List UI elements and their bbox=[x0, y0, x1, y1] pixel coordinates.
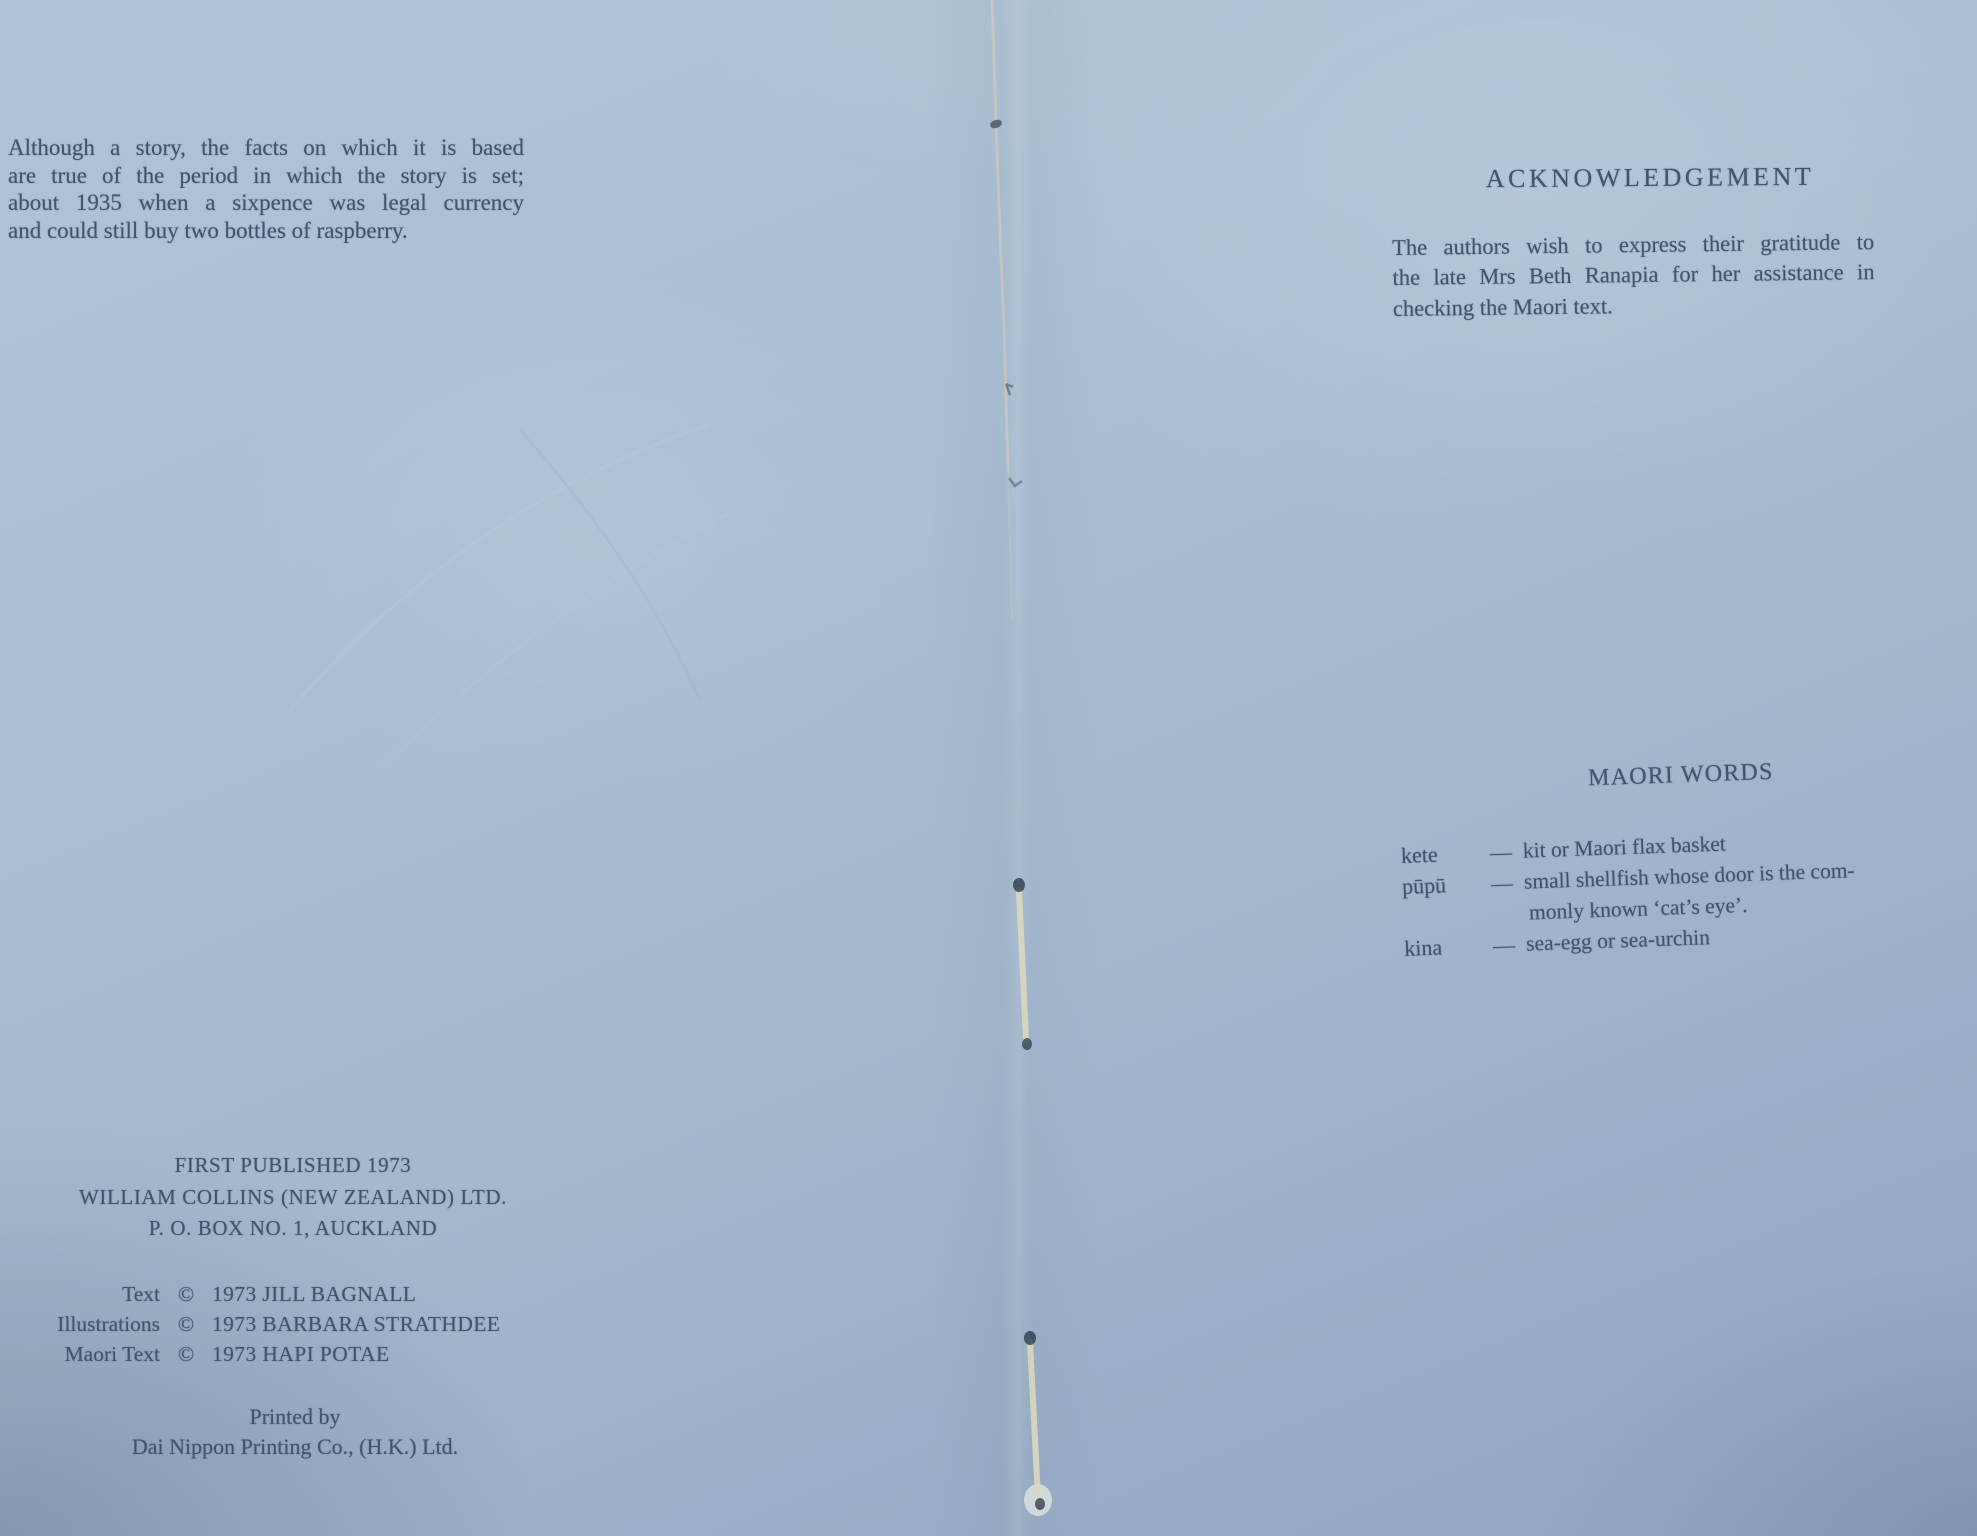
printed-block: Printed by Dai Nippon Printing Co., (H.K… bbox=[30, 1402, 560, 1462]
gutter-speck bbox=[989, 118, 1003, 130]
intro-line: and could still buy two bottles of raspb… bbox=[8, 217, 524, 245]
binding-thread-upper bbox=[1019, 890, 1026, 1040]
paper-sheen-crease bbox=[520, 430, 700, 700]
intro-line: about 1935 when a sixpence was legal cur… bbox=[8, 189, 524, 217]
publisher-line: WILLIAM COLLINS (NEW ZEALAND) LTD. bbox=[28, 1182, 558, 1214]
copyright-row: Illustrations © 1973 BARBARA STRATHDEE bbox=[40, 1309, 560, 1339]
copyright-symbol-icon: © bbox=[160, 1309, 212, 1339]
maori-term: kina bbox=[1404, 930, 1483, 964]
book-spread-photo: Although a story, the facts on which it … bbox=[0, 0, 1977, 1536]
copyright-row: Text © 1973 JILL BAGNALL bbox=[40, 1279, 560, 1309]
acknowledgement-paragraph: The authors wish to express their gratit… bbox=[1392, 227, 1875, 324]
copyright-row: Maori Text © 1973 HAPI POTAE bbox=[40, 1339, 560, 1369]
copyright-label: Illustrations bbox=[40, 1309, 160, 1339]
publisher-line: P. O. BOX NO. 1, AUCKLAND bbox=[28, 1213, 558, 1245]
copyright-symbol-icon: © bbox=[160, 1279, 212, 1309]
maori-dash: — bbox=[1478, 836, 1523, 869]
binding-thread-lower bbox=[1030, 1342, 1038, 1498]
maori-words-section: MAORI WORDS kete — kit or Maori flax bas… bbox=[1398, 750, 1969, 964]
stitch-hole bbox=[1013, 878, 1025, 892]
maori-term: kete bbox=[1400, 837, 1479, 871]
copyright-value: 1973 JILL BAGNALL bbox=[212, 1279, 560, 1309]
gutter-speck bbox=[1006, 384, 1013, 395]
copyright-symbol-icon: © bbox=[160, 1339, 212, 1369]
acknowledgement-line: checking the Maori text. bbox=[1393, 288, 1875, 324]
gutter-crease-line bbox=[992, 0, 1008, 470]
maori-dash: — bbox=[1482, 929, 1527, 962]
paper-sheen-crease bbox=[290, 425, 710, 710]
paper-sheen-crease bbox=[380, 485, 790, 770]
intro-line: Although a story, the facts on which it … bbox=[8, 134, 524, 162]
copyright-label: Text bbox=[40, 1279, 160, 1309]
maori-words-heading: MAORI WORDS bbox=[1398, 750, 1964, 800]
gutter-speck bbox=[1009, 478, 1022, 486]
maori-dash: — bbox=[1479, 867, 1525, 930]
stitch-hole bbox=[1035, 1498, 1045, 1510]
acknowledgement-line: the late Mrs Beth Ranapia for her assist… bbox=[1392, 258, 1874, 294]
copyright-block: Text © 1973 JILL BAGNALL Illustrations ©… bbox=[40, 1279, 560, 1369]
intro-paragraph: Although a story, the facts on which it … bbox=[8, 134, 524, 244]
gutter-shadow bbox=[930, 0, 1100, 1536]
printed-line: Dai Nippon Printing Co., (H.K.) Ltd. bbox=[30, 1432, 560, 1462]
stitch-halo bbox=[1024, 1484, 1052, 1516]
copyright-value: 1973 BARBARA STRATHDEE bbox=[212, 1309, 560, 1339]
publisher-line: FIRST PUBLISHED 1973 bbox=[28, 1150, 558, 1182]
copyright-label: Maori Text bbox=[40, 1339, 160, 1369]
stitch-hole bbox=[1024, 1331, 1036, 1345]
printed-line: Printed by bbox=[30, 1402, 560, 1432]
publisher-block: FIRST PUBLISHED 1973 WILLIAM COLLINS (NE… bbox=[28, 1150, 558, 1245]
maori-term: pūpū bbox=[1402, 868, 1482, 933]
intro-line: are true of the period in which the stor… bbox=[8, 162, 524, 190]
stitch-hole bbox=[1022, 1038, 1032, 1050]
acknowledgement-heading: ACKNOWLEDGEMENT bbox=[1455, 162, 1845, 195]
gutter-crease-line-fade bbox=[1008, 470, 1012, 620]
copyright-value: 1973 HAPI POTAE bbox=[212, 1339, 560, 1369]
